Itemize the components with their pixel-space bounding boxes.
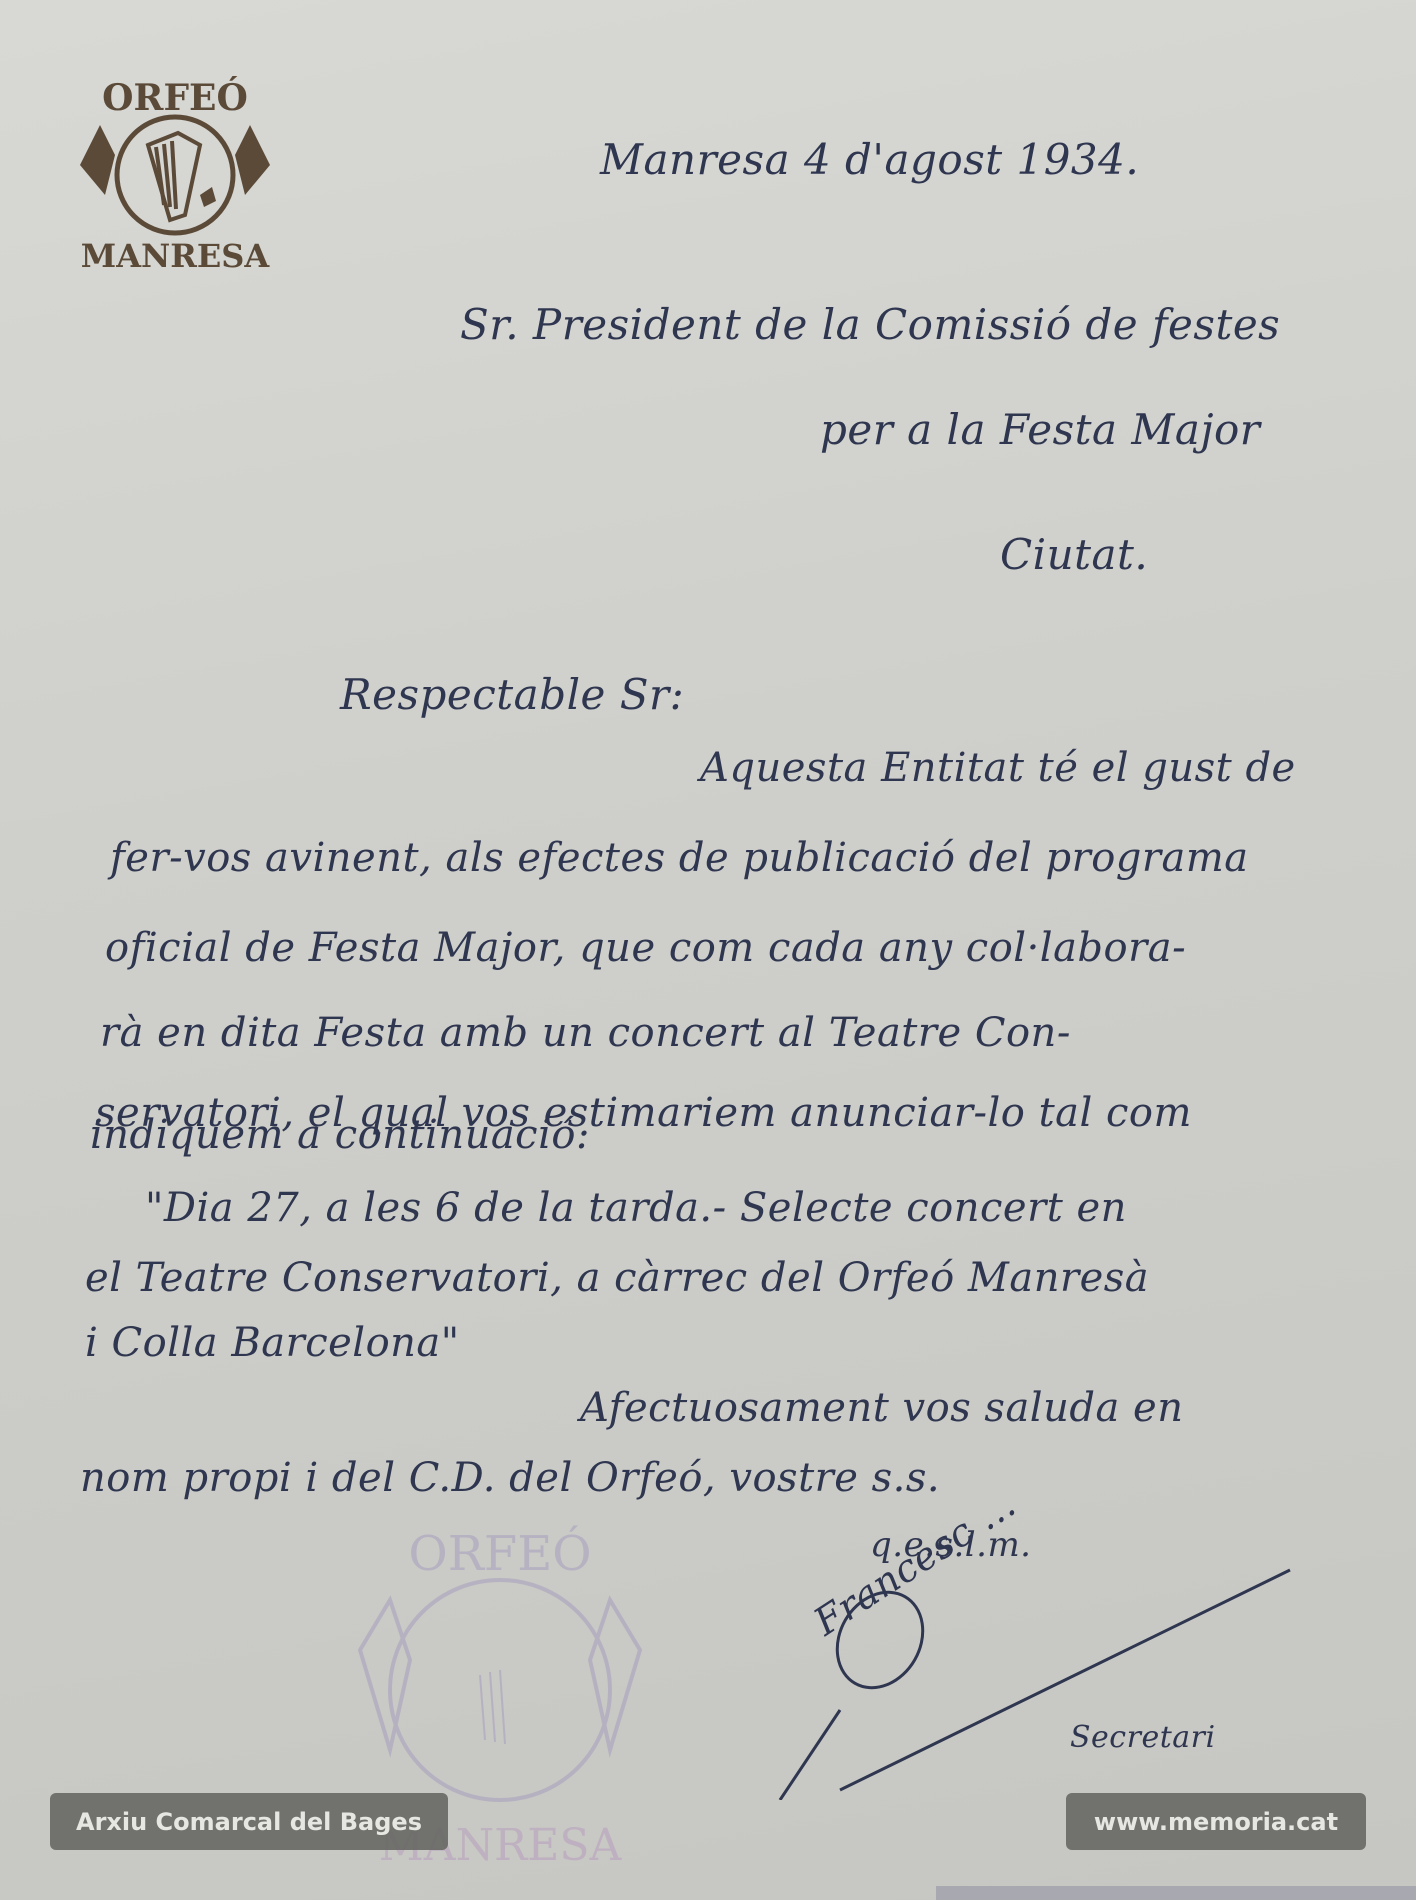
archive-watermark-badge: Arxiu Comarcal del Bages	[50, 1793, 448, 1850]
date-line: Manresa 4 d'agost 1934.	[600, 135, 1139, 184]
website-watermark-link[interactable]: www.memoria.cat	[1094, 1808, 1338, 1836]
paper-edge-shadow	[936, 1886, 1416, 1900]
recipient-line-1: Sr. President de la Comissió de festes	[460, 300, 1280, 349]
seal-top-text: ORFEÓ	[102, 77, 248, 119]
body-line: el Teatre Conservatori, a càrrec del Orf…	[85, 1255, 1149, 1301]
signer-title: Secretari	[1070, 1720, 1216, 1755]
recipient-line-3: Ciutat.	[1000, 530, 1148, 579]
body-line: "Dia 27, a les 6 de la tarda.- Selecte c…	[145, 1185, 1127, 1231]
body-line: oficial de Festa Major, que com cada any…	[105, 925, 1186, 971]
harp-icon	[148, 133, 200, 220]
body-line: fer-vos avinent, als efectes de publicac…	[110, 835, 1249, 881]
website-watermark-badge[interactable]: www.memoria.cat	[1066, 1793, 1366, 1850]
body-line: i Colla Barcelona"	[85, 1320, 460, 1366]
recipient-line-2: per a la Festa Major	[820, 405, 1260, 454]
stamp-top-text: ORFEÓ	[408, 1524, 591, 1582]
body-line: rà en dita Festa amb un concert al Teatr…	[100, 1010, 1071, 1056]
closing-line: nom propi i del C.D. del Orfeó, vostre s…	[80, 1455, 940, 1501]
seal-bottom-text: MANRESA	[81, 237, 271, 275]
body-line: indiquem a continuació:	[90, 1112, 590, 1158]
body-line: Aquesta Entitat té el gust de	[700, 745, 1296, 791]
archive-watermark-text: Arxiu Comarcal del Bages	[76, 1808, 422, 1836]
closing-line: Afectuosament vos saluda en	[580, 1385, 1183, 1431]
orfeo-seal-logo: ORFEÓ MANRESA	[60, 55, 290, 275]
salutation: Respectable Sr:	[340, 670, 684, 719]
